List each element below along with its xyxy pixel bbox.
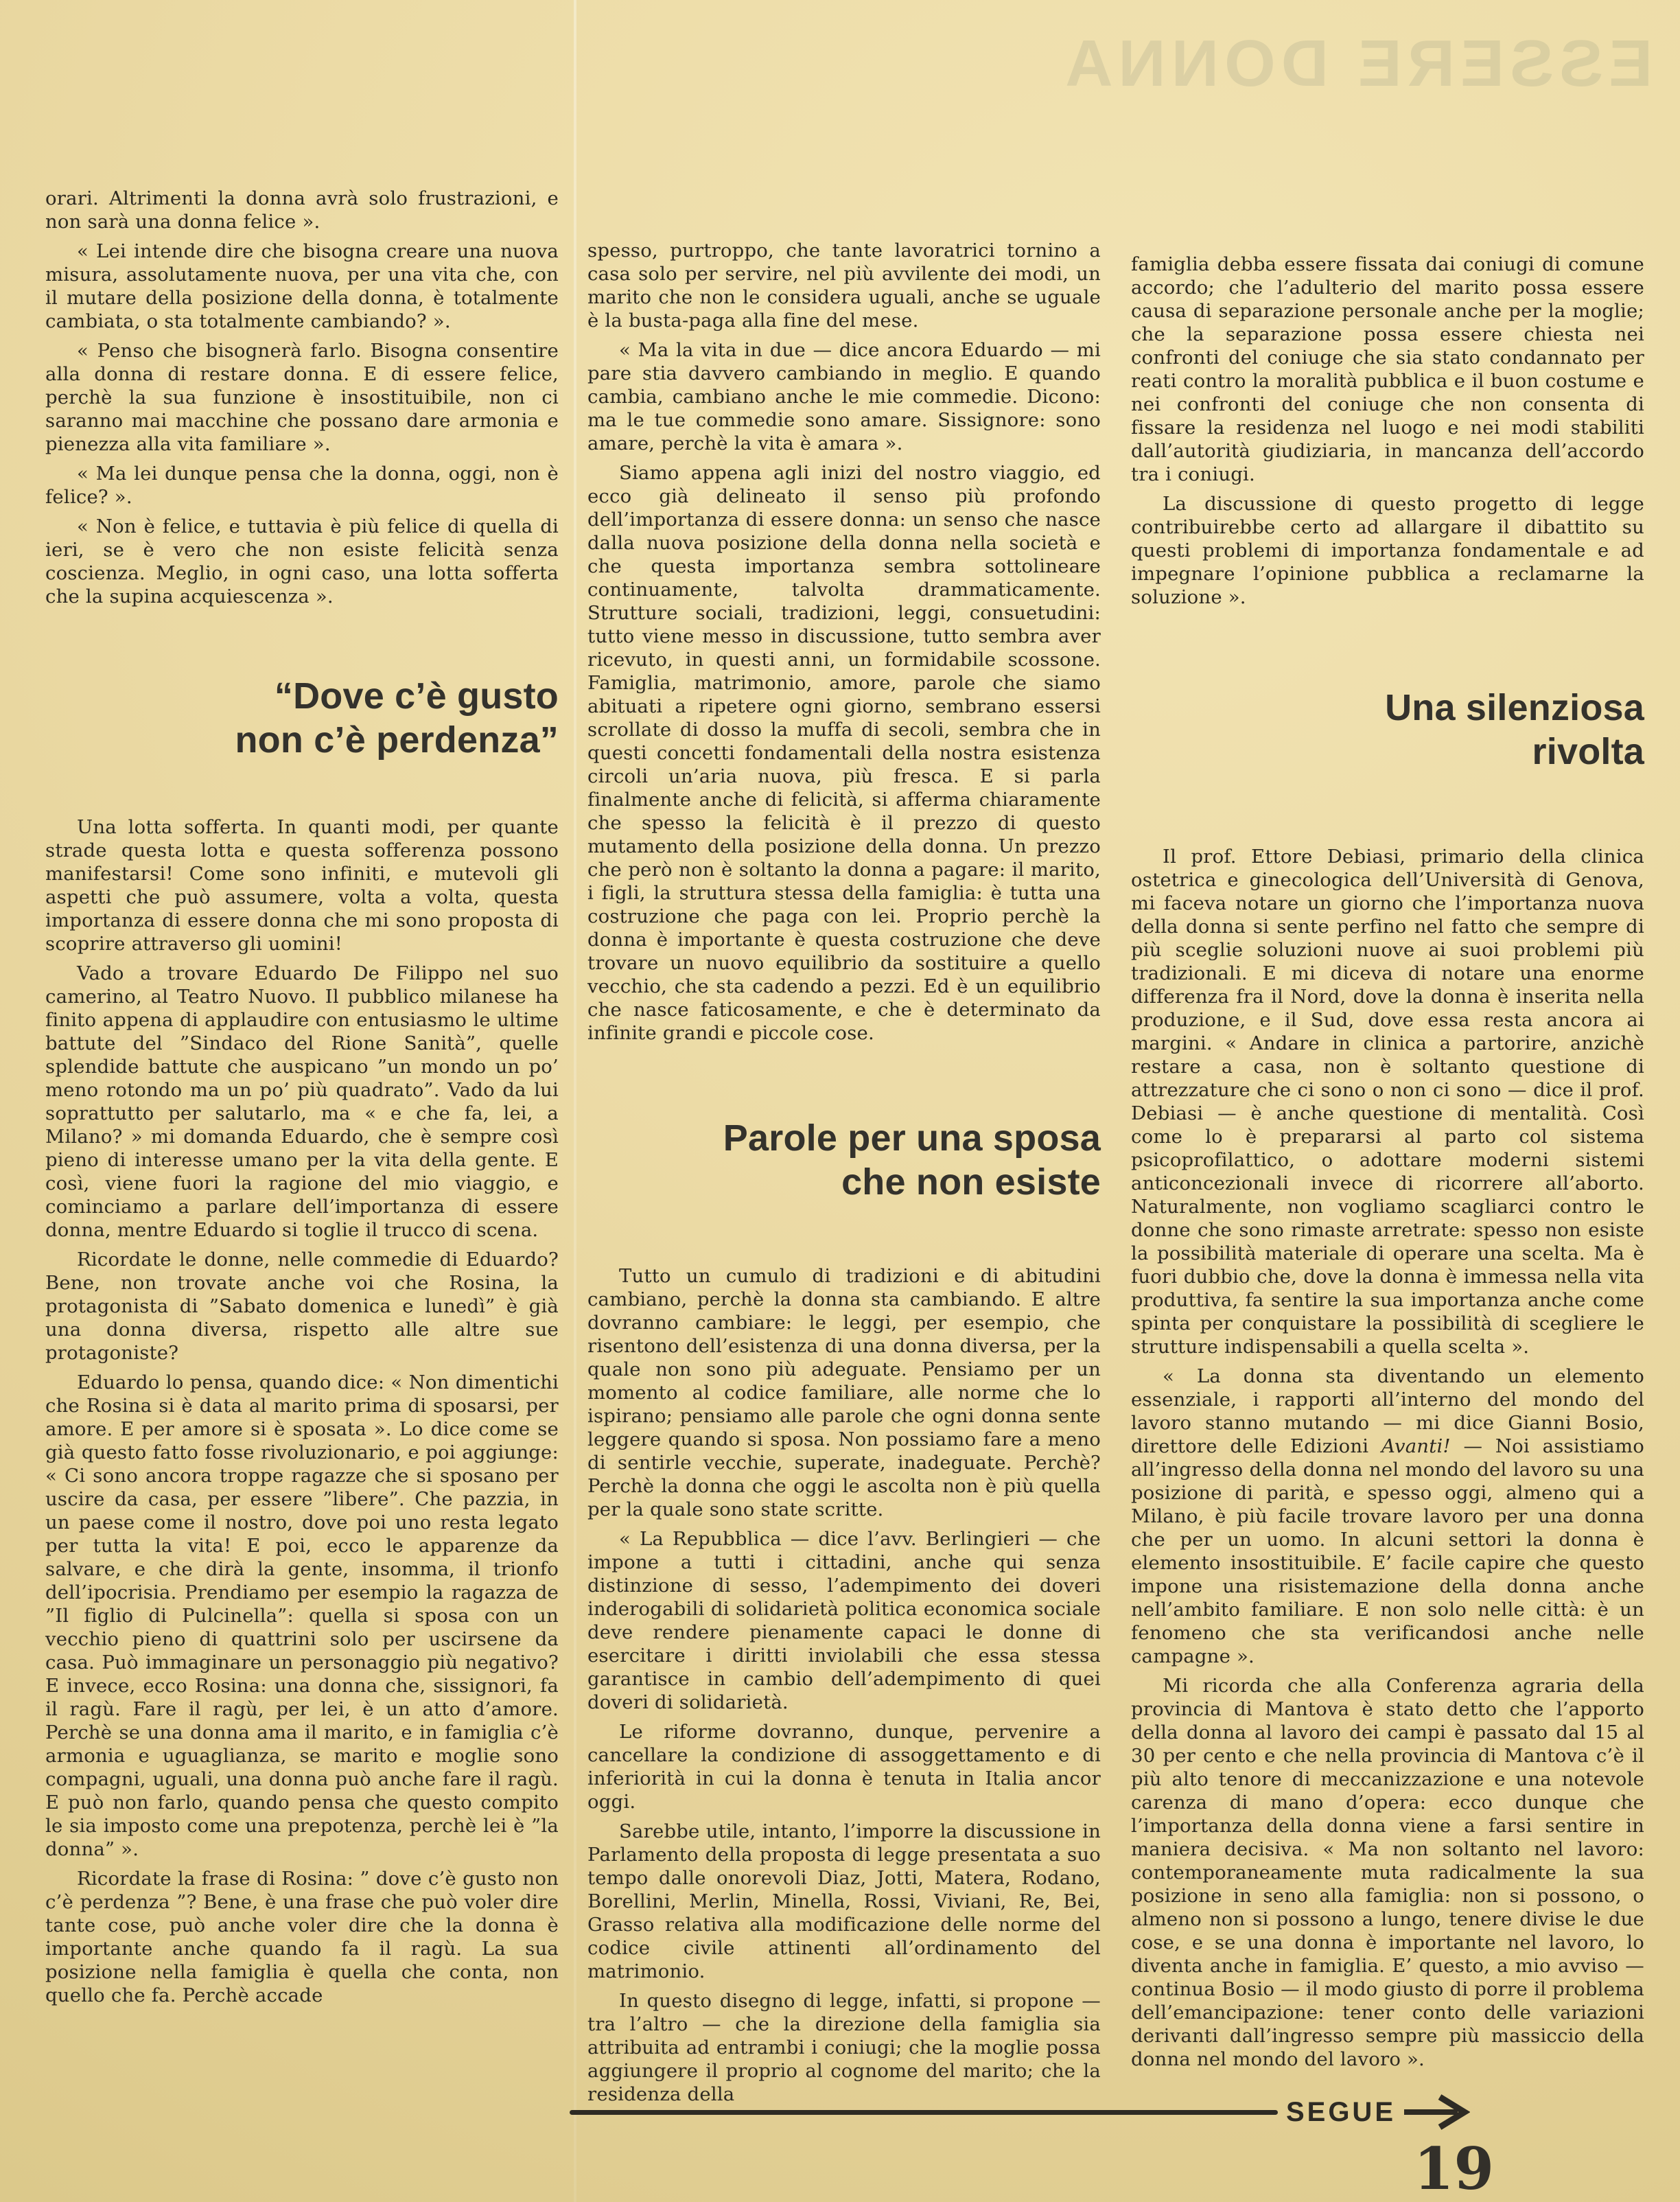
paragraph: Il prof. Ettore Debiasi, primario della …: [1131, 845, 1644, 1358]
heading-line: Parole per una sposa: [587, 1116, 1101, 1160]
heading-line: “Dove c’è gusto: [45, 674, 559, 718]
segue-continuation-marker: SEGUE: [570, 2092, 1470, 2132]
paragraph: Le riforme dovranno, dunque, pervenire a…: [587, 1720, 1101, 1813]
magazine-page: ESSERE DONNA orari. Altrimenti la donna …: [0, 0, 1680, 2202]
heading-line: che non esiste: [587, 1160, 1101, 1204]
page-number: 19: [1414, 2140, 1494, 2198]
segue-label: SEGUE: [1286, 2098, 1396, 2126]
paragraph: Sarebbe utile, intanto, l’imporre la dis…: [587, 1820, 1101, 1983]
column-1: orari. Altrimenti la donna avrà solo fru…: [45, 187, 559, 2013]
section-heading-una-silenziosa-rivolta: Una silenziosa rivolta: [1131, 686, 1644, 774]
paragraph: « La Repubblica — dice l’avv. Berlingier…: [587, 1527, 1101, 1714]
paragraph: Ricordate la frase di Rosina: ” dove c’è…: [45, 1867, 559, 2007]
heading-line: Una silenziosa: [1131, 686, 1644, 730]
paragraph: « La donna sta diventando un elemento es…: [1131, 1365, 1644, 1668]
heading-line: rivolta: [1131, 730, 1644, 774]
paragraph: In questo disegno di legge, infatti, si …: [587, 1989, 1101, 2106]
paragraph: Vado a trovare Eduardo De Filippo nel su…: [45, 962, 559, 1242]
paragraph: orari. Altrimenti la donna avrà solo fru…: [45, 187, 559, 233]
paragraph: « Ma la vita in due — dice ancora Eduard…: [587, 338, 1101, 455]
column-2: spesso, purtroppo, che tante lavoratrici…: [587, 239, 1101, 2112]
paragraph: Mi ricorda che alla Conferenza agraria d…: [1131, 1674, 1644, 2071]
section-heading-parole-per-una-sposa: Parole per una sposa che non esiste: [587, 1116, 1101, 1204]
italic-title-avanti: Avanti!: [1381, 1435, 1451, 1457]
paragraph: Siamo appena agli inizi del nostro viagg…: [587, 461, 1101, 1045]
heading-line: non c’è perdenza”: [45, 718, 559, 762]
column-3: famiglia debba essere fissata dai coniug…: [1131, 253, 1644, 2077]
paragraph: Ricordate le donne, nelle commedie di Ed…: [45, 1248, 559, 1365]
bleed-through-ghost-text: ESSERE DONNA: [1060, 26, 1653, 102]
paragraph: « Penso che bisognerà farlo. Bisogna con…: [45, 339, 559, 456]
paragraph-text: — Noi assistiamo all’ingresso della donn…: [1131, 1435, 1644, 1667]
section-heading-dove-ce-gusto: “Dove c’è gusto non c’è perdenza”: [45, 674, 559, 762]
arrow-right-icon: [1404, 2093, 1470, 2131]
paragraph: spesso, purtroppo, che tante lavoratrici…: [587, 239, 1101, 332]
paragraph: « Lei intende dire che bisogna creare un…: [45, 240, 559, 333]
paragraph: Tutto un cumulo di tradizioni e di abitu…: [587, 1264, 1101, 1521]
paragraph: La discussione di questo progetto di leg…: [1131, 492, 1644, 609]
paragraph: Una lotta sofferta. In quanti modi, per …: [45, 815, 559, 955]
paragraph: Eduardo lo pensa, quando dice: « Non dim…: [45, 1371, 559, 1861]
paragraph: famiglia debba essere fissata dai coniug…: [1131, 253, 1644, 486]
segue-rule: [570, 2110, 1278, 2115]
paragraph: « Ma lei dunque pensa che la donna, oggi…: [45, 462, 559, 509]
page-crease: [574, 0, 576, 2202]
paragraph: « Non è felice, e tuttavia è più felice …: [45, 515, 559, 608]
